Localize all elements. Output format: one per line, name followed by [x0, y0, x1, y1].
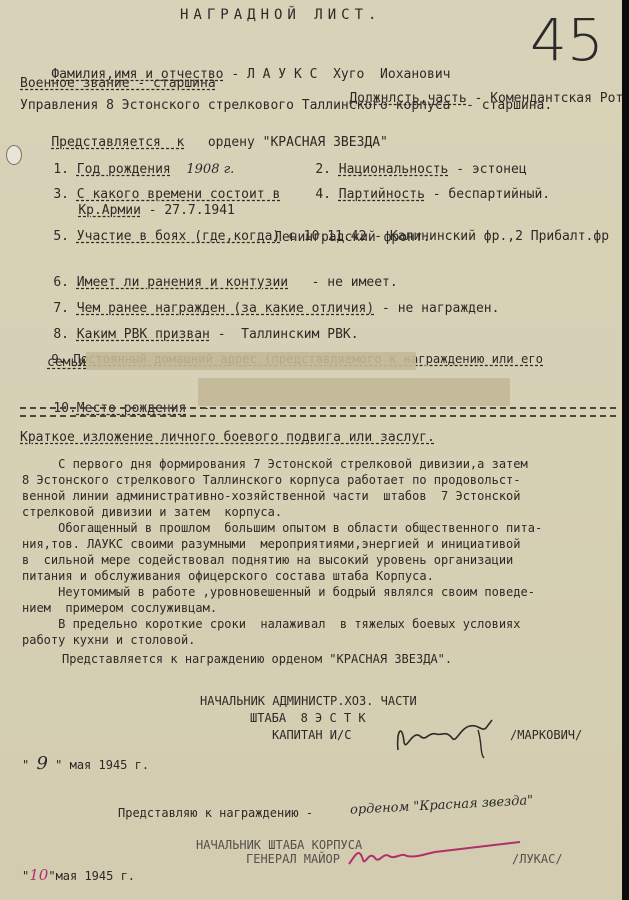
field-4: 4. Партийность - беспартийный. [284, 172, 550, 217]
date-rest: мая 1945 г. [56, 869, 135, 883]
summary-line: венной линии административно-хозяйственн… [22, 489, 521, 504]
signer2-rank: ГЕНЕРАЛ МАЙОР [246, 852, 340, 867]
summary-line: Обогащенный в прошлом большим опытом в о… [22, 521, 542, 536]
rank-label: Военное звание - старшина [20, 76, 216, 91]
signature-lukas [345, 838, 525, 872]
summary-line: 8 Эстонского стрелкового Таллинского кор… [22, 473, 521, 488]
field-num: 4. [315, 187, 331, 202]
field-value: - беспартийный. [433, 187, 550, 202]
signer1-date: " 9 " мая 1945 г. [22, 756, 149, 773]
field-9-cont: семьи [47, 355, 86, 370]
separator-line [20, 407, 616, 417]
summary-heading: Краткое изложение личного боевого подвиг… [20, 430, 435, 445]
unit-line: Управления 8 Эстонского стрелкового Талл… [20, 98, 552, 113]
endorsement-text: Представляю к награждению - [118, 806, 313, 821]
scan-border [622, 0, 629, 900]
field-value: - не награжден. [382, 301, 499, 316]
field-label: Участие в боях (где,когда) [77, 229, 281, 244]
redacted-birthplace [198, 378, 510, 406]
field-5-cont: Ленинградский фронт. [274, 230, 431, 245]
summary-line: Неутомимый в работе ,уровновешенный и бо… [22, 585, 535, 600]
date-rest: мая 1945 г. [70, 758, 149, 772]
endorsement-handwritten: орденом "Красная звезда" [350, 793, 534, 818]
summary-line: С первого дня формирования 7 Эстонской с… [22, 457, 528, 472]
summary-line: В предельно короткие сроки налаживал в т… [22, 617, 521, 632]
summary-line: работу кухни и столовой. [22, 633, 195, 648]
signer2-name: /ЛУКАС/ [512, 852, 563, 867]
signer2-date: "10"мая 1945 г. [22, 868, 135, 884]
document-title: НАГРАДНОЙ ЛИСТ. [180, 8, 381, 23]
archive-number: 45 [530, 10, 604, 70]
date-day-handwritten: 9 [36, 753, 47, 774]
summary-line: в сильной мере содействовал поднятию на … [22, 553, 513, 568]
signer2-title: НАЧАЛЬНИК ШТАБА КОРПУСА [196, 838, 362, 853]
award-sheet-page: НАГРАДНОЙ ЛИСТ. 45 Фамилия,имя и отчеств… [0, 0, 622, 900]
summary-line: нием примером сослуживцам. [22, 601, 217, 616]
signature-markovich [390, 712, 510, 762]
field-label: Партийность [339, 187, 425, 202]
field-num: 5. [53, 229, 69, 244]
summary-line: стрелковой дивизии и затем корпуса. [22, 505, 282, 520]
date-day-handwritten: 10 [29, 866, 48, 884]
summary-line: питания и обслуживания офицерского соста… [22, 569, 434, 584]
signer1-unit: ШТАБА 8 Э С Т К [250, 711, 366, 726]
signer1-title: НАЧАЛЬНИК АДМИНИСТР.ХОЗ. ЧАСТИ [200, 694, 417, 709]
signer1-rank: КАПИТАН И/С [272, 728, 351, 743]
redacted-address [86, 352, 416, 370]
summary-closing: Представляется к награждению орденом "КР… [62, 652, 452, 667]
summary-line: ния,тов. ЛАУКС своими разумными мероприя… [22, 537, 521, 552]
signer1-name: /МАРКОВИЧ/ [510, 728, 582, 743]
